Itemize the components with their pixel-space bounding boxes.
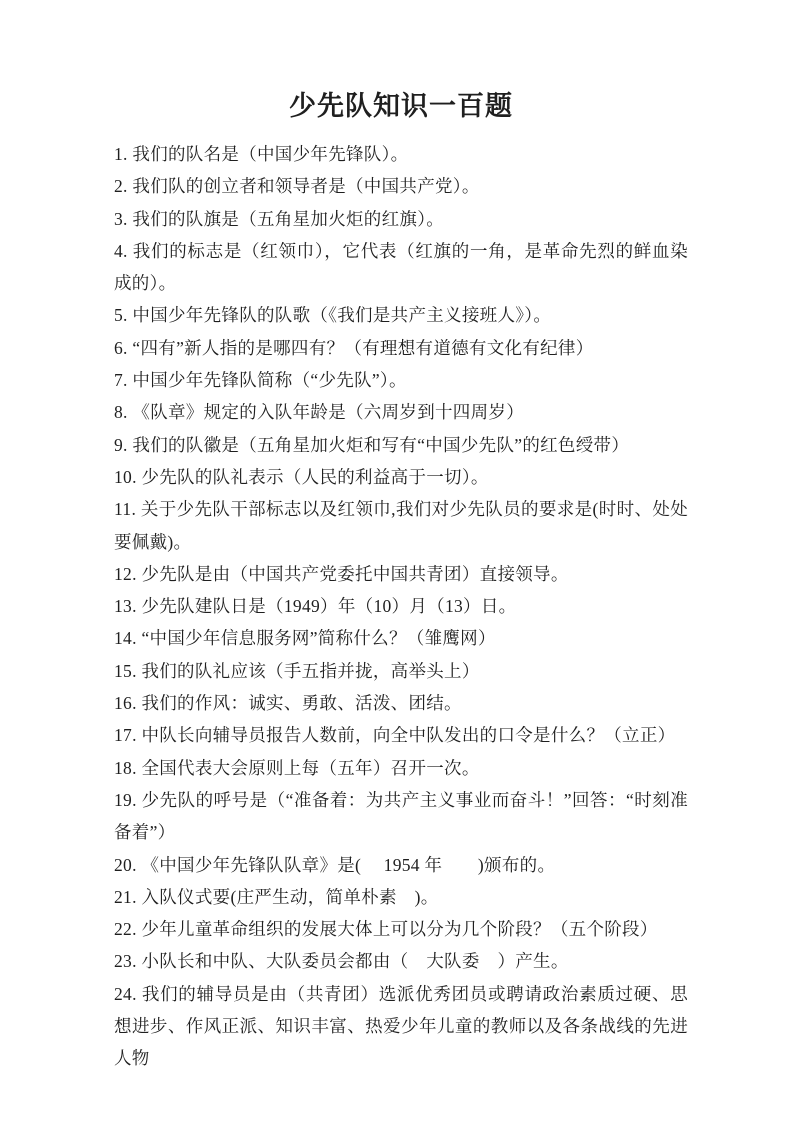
question-item: 17. 中队长向辅导员报告人数前，向全中队发出的口令是什么？（立正） (114, 719, 688, 751)
document-page: 少先队知识一百题 1. 我们的队名是（中国少年先锋队）。 2. 我们队的创立者和… (0, 0, 793, 1122)
question-item: 9. 我们的队徽是（五角星加火炬和写有“中国少先队”的红色绶带） (114, 429, 688, 461)
question-item: 10. 少先队的队礼表示（人民的利益高于一切）。 (114, 461, 688, 493)
document-title: 少先队知识一百题 (114, 88, 688, 124)
question-item: 13. 少先队建队日是（1949）年（10）月（13）日。 (114, 590, 688, 622)
question-item: 5. 中国少年先锋队的队歌（《我们是共产主义接班人》）。 (114, 299, 688, 331)
question-list: 1. 我们的队名是（中国少年先锋队）。 2. 我们队的创立者和领导者是（中国共产… (114, 138, 688, 1075)
question-item: 14. “中国少年信息服务网”简称什么？（雏鹰网） (114, 622, 688, 654)
question-item: 16. 我们的作风：诚实、勇敢、活泼、团结。 (114, 687, 688, 719)
question-item: 19. 少先队的呼号是（“准备着：为共产主义事业而奋斗！”回答：“时刻准备着”） (114, 784, 688, 849)
question-item: 1. 我们的队名是（中国少年先锋队）。 (114, 138, 688, 170)
question-item: 24. 我们的辅导员是由（共青团）选派优秀团员或聘请政治素质过硬、思想进步、作风… (114, 978, 688, 1075)
question-item: 15. 我们的队礼应该（手五指并拢，高举头上） (114, 655, 688, 687)
question-item: 6. “四有”新人指的是哪四有？（有理想有道德有文化有纪律） (114, 332, 688, 364)
question-item: 2. 我们队的创立者和领导者是（中国共产党）。 (114, 170, 688, 202)
question-item: 18. 全国代表大会原则上每（五年）召开一次。 (114, 752, 688, 784)
question-item: 3. 我们的队旗是（五角星加火炬的红旗）。 (114, 203, 688, 235)
question-item: 12. 少先队是由（中国共产党委托中国共青团）直接领导。 (114, 558, 688, 590)
question-item: 23. 小队长和中队、大队委员会都由（ 大队委 ）产生。 (114, 945, 688, 977)
question-item: 7. 中国少年先锋队简称（“少先队”）。 (114, 364, 688, 396)
question-item: 11. 关于少先队干部标志以及红领巾,我们对少先队员的要求是(时时、处处要佩戴)… (114, 493, 688, 558)
question-item: 8. 《队章》规定的入队年龄是（六周岁到十四周岁） (114, 396, 688, 428)
question-item: 4. 我们的标志是（红领巾），它代表（红旗的一角，是革命先烈的鲜血染成的）。 (114, 235, 688, 300)
question-item: 21. 入队仪式要(庄严生动，简单朴素 )。 (114, 881, 688, 913)
question-item: 20. 《中国少年先锋队队章》是( 1954 年 )颁布的。 (114, 849, 688, 881)
question-item: 22. 少年儿童革命组织的发展大体上可以分为几个阶段？（五个阶段） (114, 913, 688, 945)
